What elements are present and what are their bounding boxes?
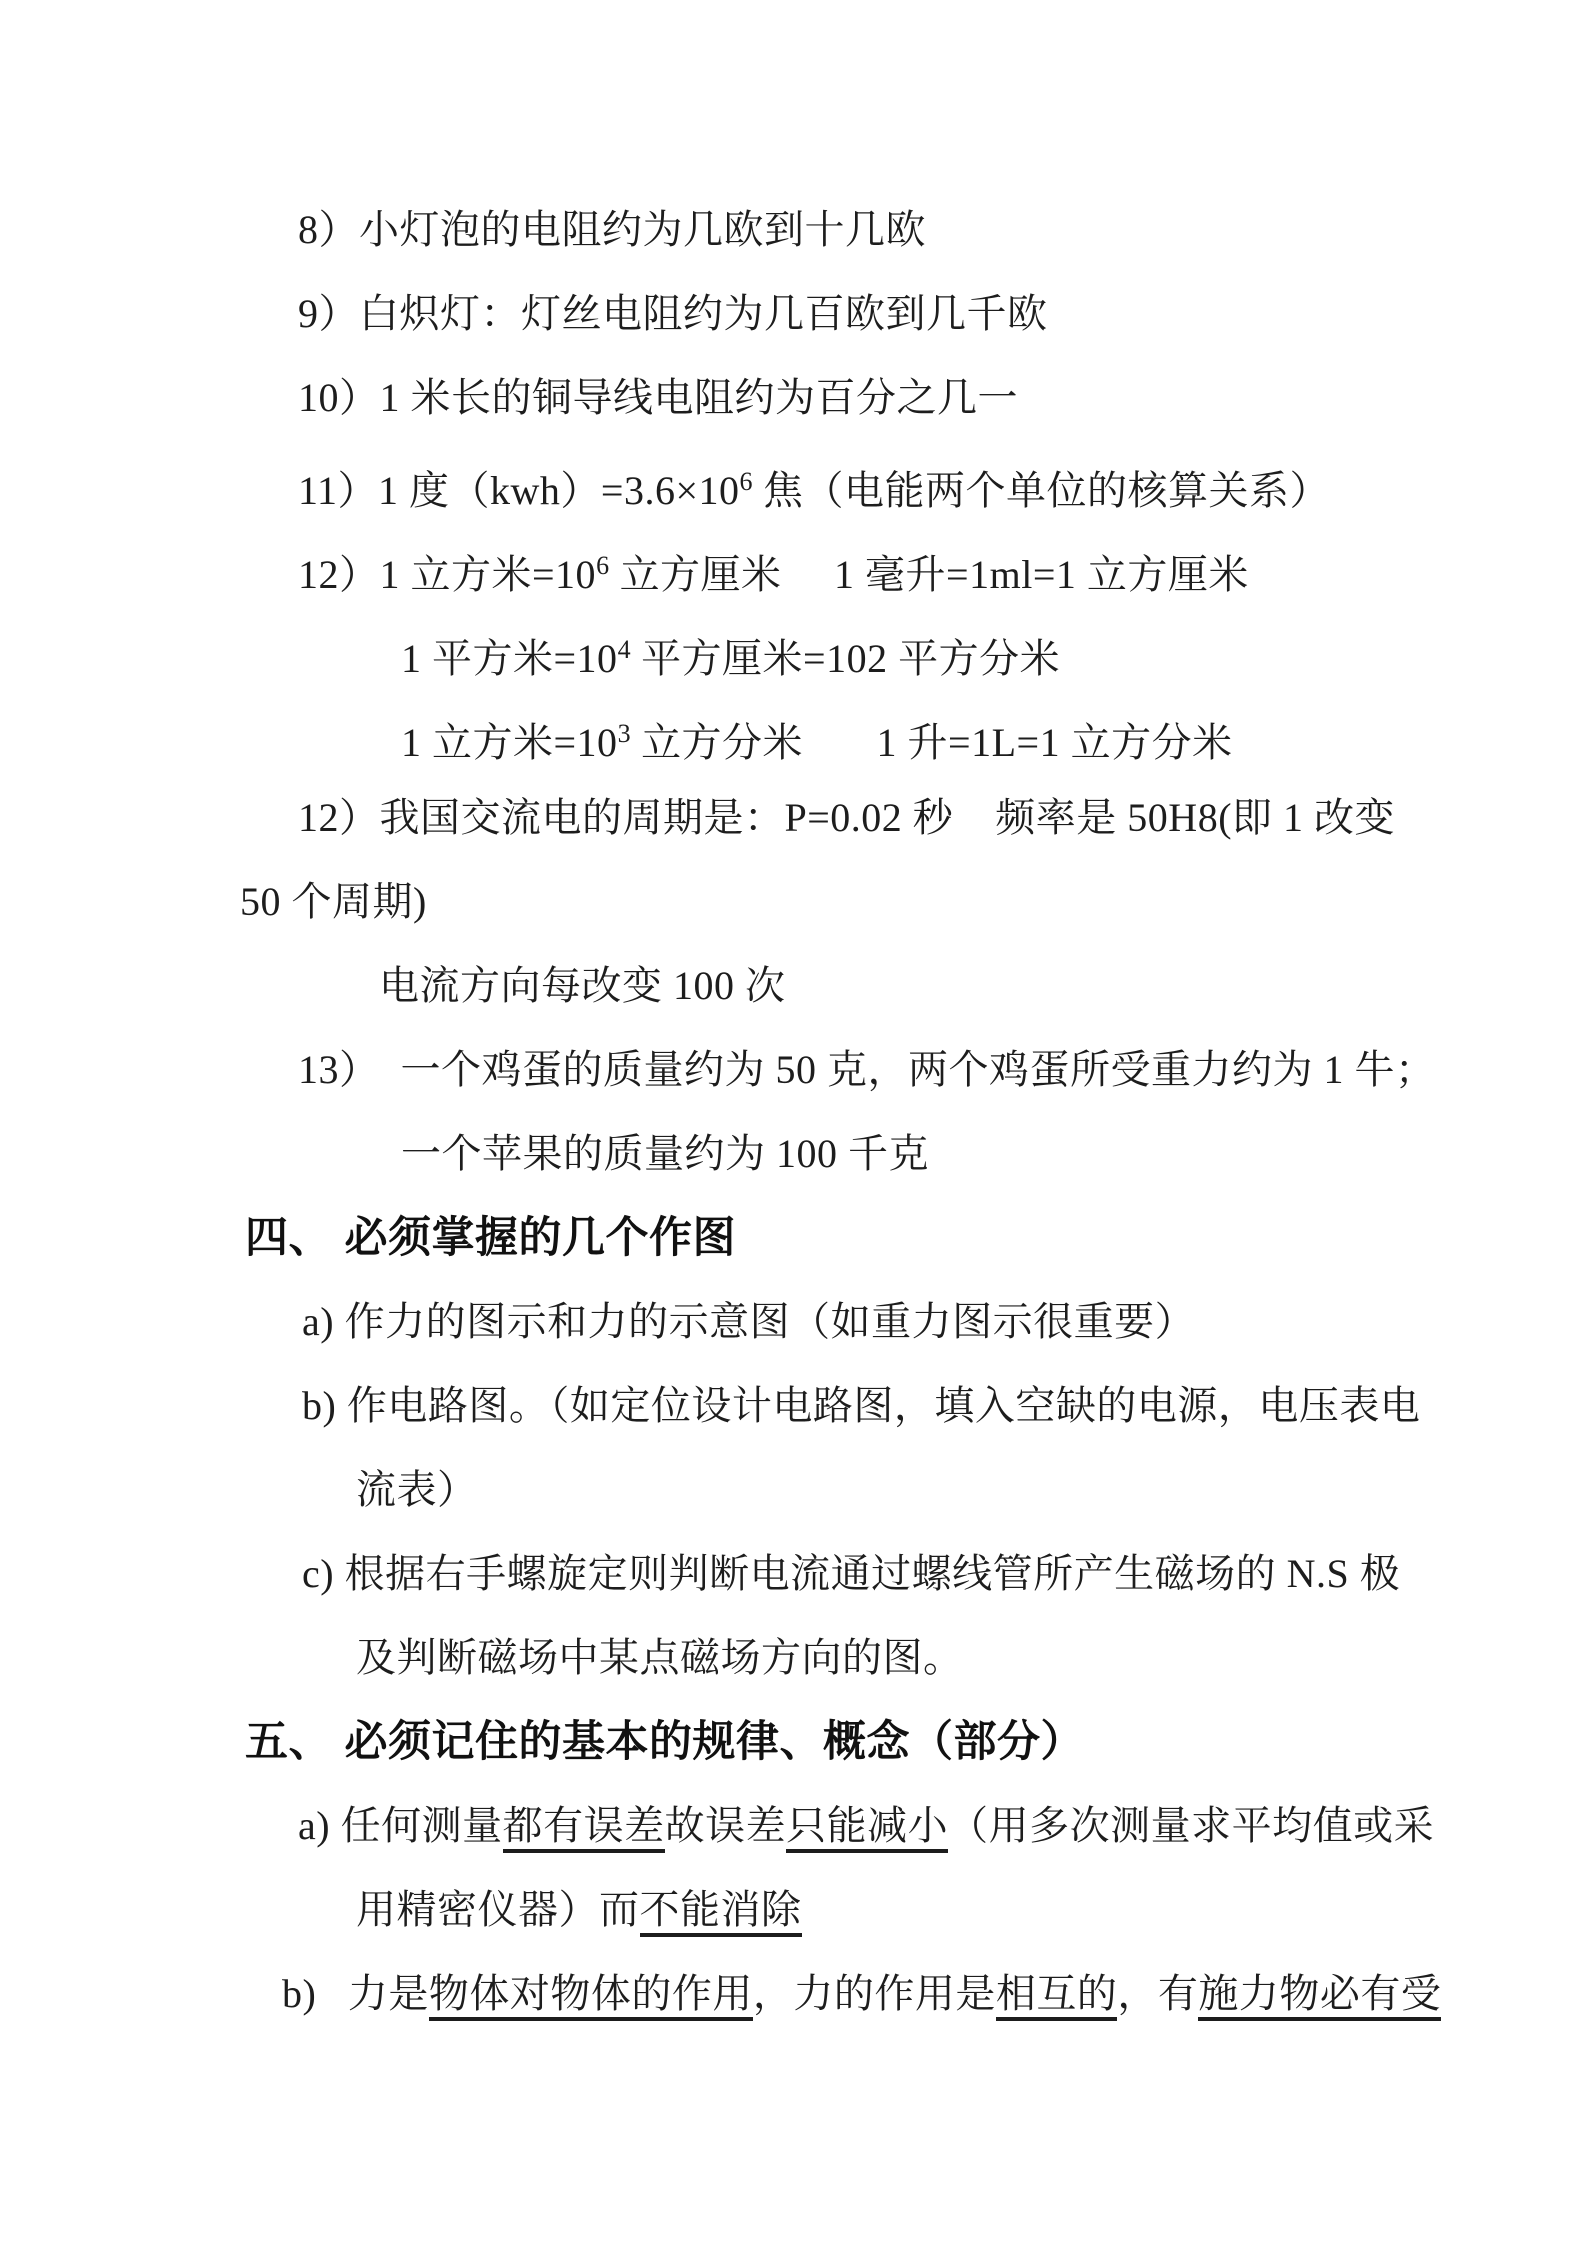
line-4c-cont-seg-0-text: 及判断磁场中某点磁场方向的图。 [356, 1635, 964, 1680]
line-50-cycles-seg-0-text: 50 个周期) [240, 879, 427, 924]
item-5b-seg-1-underlined: 物体对物体的作用 [429, 1971, 753, 2021]
item-5b: b) 力是物体对物体的作用，力的作用是相互的，有施力物必有受 [0, 1952, 1587, 2036]
item-12-volume: 12）1 立方米=106 立方厘米 1 毫升=1ml=1 立方厘米 [0, 524, 1587, 608]
item-8-seg-0-text: 8）小灯泡的电阻约为几欧到十几欧 [298, 207, 926, 252]
heading-section-4: 四、 必须掌握的几个作图 [0, 1196, 1587, 1280]
item-5a-seg-3-underlined: 只能减小 [786, 1803, 948, 1853]
item-5b-seg-5-underlined: 施力物必有受 [1198, 1971, 1441, 2021]
item-8: 8）小灯泡的电阻约为几欧到十几欧 [0, 188, 1587, 272]
item-5a-seg-0-text: a) 任何测量 [298, 1803, 503, 1848]
line-4b-cont-seg-0-text: 流表） [356, 1467, 478, 1512]
line-cubic-decimeter-seg-1-superscript: 3 [618, 719, 631, 748]
item-13-seg-0-text: 13） 一个鸡蛋的质量约为 50 克，两个鸡蛋所受重力约为 1 牛； [298, 1047, 1436, 1092]
line-5a-cont: 用精密仪器）而不能消除 [0, 1868, 1587, 1952]
item-4b: b) 作电路图。（如定位设计电路图，填入空缺的电源，电压表电 [0, 1364, 1587, 1448]
item-11-seg-0-text: 11）1 度（kwh）=3.6×10 [298, 468, 740, 513]
line-apple: 一个苹果的质量约为 100 千克 [0, 1112, 1587, 1196]
item-5b-seg-0-text: b) 力是 [282, 1971, 429, 2016]
heading-section-5-seg-0-text: 五、 必须记住的基本的规律、概念（部分） [245, 1718, 1084, 1766]
line-cubic-decimeter-seg-0-text: 1 立方米=10 [401, 720, 618, 765]
item-12-volume-seg-1-superscript: 6 [596, 551, 609, 580]
item-5a: a) 任何测量都有误差故误差只能减小（用多次测量求平均值或采 [0, 1784, 1587, 1868]
line-5a-cont-seg-0-text: 用精密仪器）而 [356, 1887, 640, 1932]
line-50-cycles: 50 个周期) [0, 860, 1587, 944]
line-current-direction: 电流方向每改变 100 次 [0, 944, 1587, 1028]
heading-section-5: 五、 必须记住的基本的规律、概念（部分） [0, 1700, 1587, 1784]
item-5b-seg-2-text: ，力的作用是 [753, 1971, 996, 2016]
item-4c: c) 根据右手螺旋定则判断电流通过螺线管所产生磁场的 N.S 极 [0, 1532, 1587, 1616]
item-13: 13） 一个鸡蛋的质量约为 50 克，两个鸡蛋所受重力约为 1 牛； [0, 1028, 1587, 1112]
line-square-meter: 1 平方米=104 平方厘米=102 平方分米 [0, 608, 1587, 692]
item-9: 9）白炽灯：灯丝电阻约为几百欧到几千欧 [0, 272, 1587, 356]
item-12-ac: 12）我国交流电的周期是：P=0.02 秒 频率是 50H8(即 1 改变 [0, 776, 1587, 860]
item-5a-seg-2-text: 故误差 [665, 1803, 787, 1848]
item-10: 10）1 米长的铜导线电阻约为百分之几一 [0, 356, 1587, 440]
item-4b-seg-0-text: b) 作电路图。（如定位设计电路图，填入空缺的电源，电压表电 [302, 1383, 1420, 1428]
line-current-direction-seg-0-text: 电流方向每改变 100 次 [379, 963, 786, 1008]
line-square-meter-seg-1-superscript: 4 [618, 635, 631, 664]
item-11-seg-1-superscript: 6 [740, 467, 753, 496]
item-11-seg-2-text: 焦（电能两个单位的核算关系） [753, 468, 1331, 513]
item-5b-seg-3-underlined: 相互的 [996, 1971, 1118, 2021]
item-4c-seg-0-text: c) 根据右手螺旋定则判断电流通过螺线管所产生磁场的 N.S 极 [302, 1551, 1400, 1596]
heading-section-4-seg-0-text: 四、 必须掌握的几个作图 [245, 1214, 736, 1262]
item-4a-seg-0-text: a) 作力的图示和力的示意图（如重力图示很重要） [302, 1299, 1195, 1344]
line-4b-cont: 流表） [0, 1448, 1587, 1532]
item-5b-seg-4-text: ，有 [1117, 1971, 1198, 2016]
document-text-body: 8）小灯泡的电阻约为几欧到十几欧9）白炽灯：灯丝电阻约为几百欧到几千欧10）1 … [0, 188, 1587, 2036]
item-4a: a) 作力的图示和力的示意图（如重力图示很重要） [0, 1280, 1587, 1364]
line-square-meter-seg-2-text: 平方厘米=102 平方分米 [631, 636, 1061, 681]
line-5a-cont-seg-1-underlined: 不能消除 [640, 1887, 802, 1937]
line-apple-seg-0-text: 一个苹果的质量约为 100 千克 [401, 1131, 929, 1176]
item-5a-seg-1-underlined: 都有误差 [503, 1803, 665, 1853]
line-cubic-decimeter: 1 立方米=103 立方分米 1 升=1L=1 立方分米 [0, 692, 1587, 776]
item-11: 11）1 度（kwh）=3.6×106 焦（电能两个单位的核算关系） [0, 440, 1587, 524]
item-9-seg-0-text: 9）白炽灯：灯丝电阻约为几百欧到几千欧 [298, 291, 1048, 336]
item-12-ac-seg-0-text: 12）我国交流电的周期是：P=0.02 秒 频率是 50H8(即 1 改变 [298, 795, 1395, 840]
item-12-volume-seg-2-text: 立方厘米 1 毫升=1ml=1 立方厘米 [609, 552, 1249, 597]
line-square-meter-seg-0-text: 1 平方米=10 [401, 636, 618, 681]
item-10-seg-0-text: 10）1 米长的铜导线电阻约为百分之几一 [298, 375, 1018, 420]
item-12-volume-seg-0-text: 12）1 立方米=10 [298, 552, 596, 597]
line-4c-cont: 及判断磁场中某点磁场方向的图。 [0, 1616, 1587, 1700]
item-5a-seg-4-text: （用多次测量求平均值或采 [948, 1803, 1434, 1848]
document-page: 8）小灯泡的电阻约为几欧到十几欧9）白炽灯：灯丝电阻约为几百欧到几千欧10）1 … [0, 0, 1587, 2245]
line-cubic-decimeter-seg-2-text: 立方分米 1 升=1L=1 立方分米 [631, 720, 1233, 765]
